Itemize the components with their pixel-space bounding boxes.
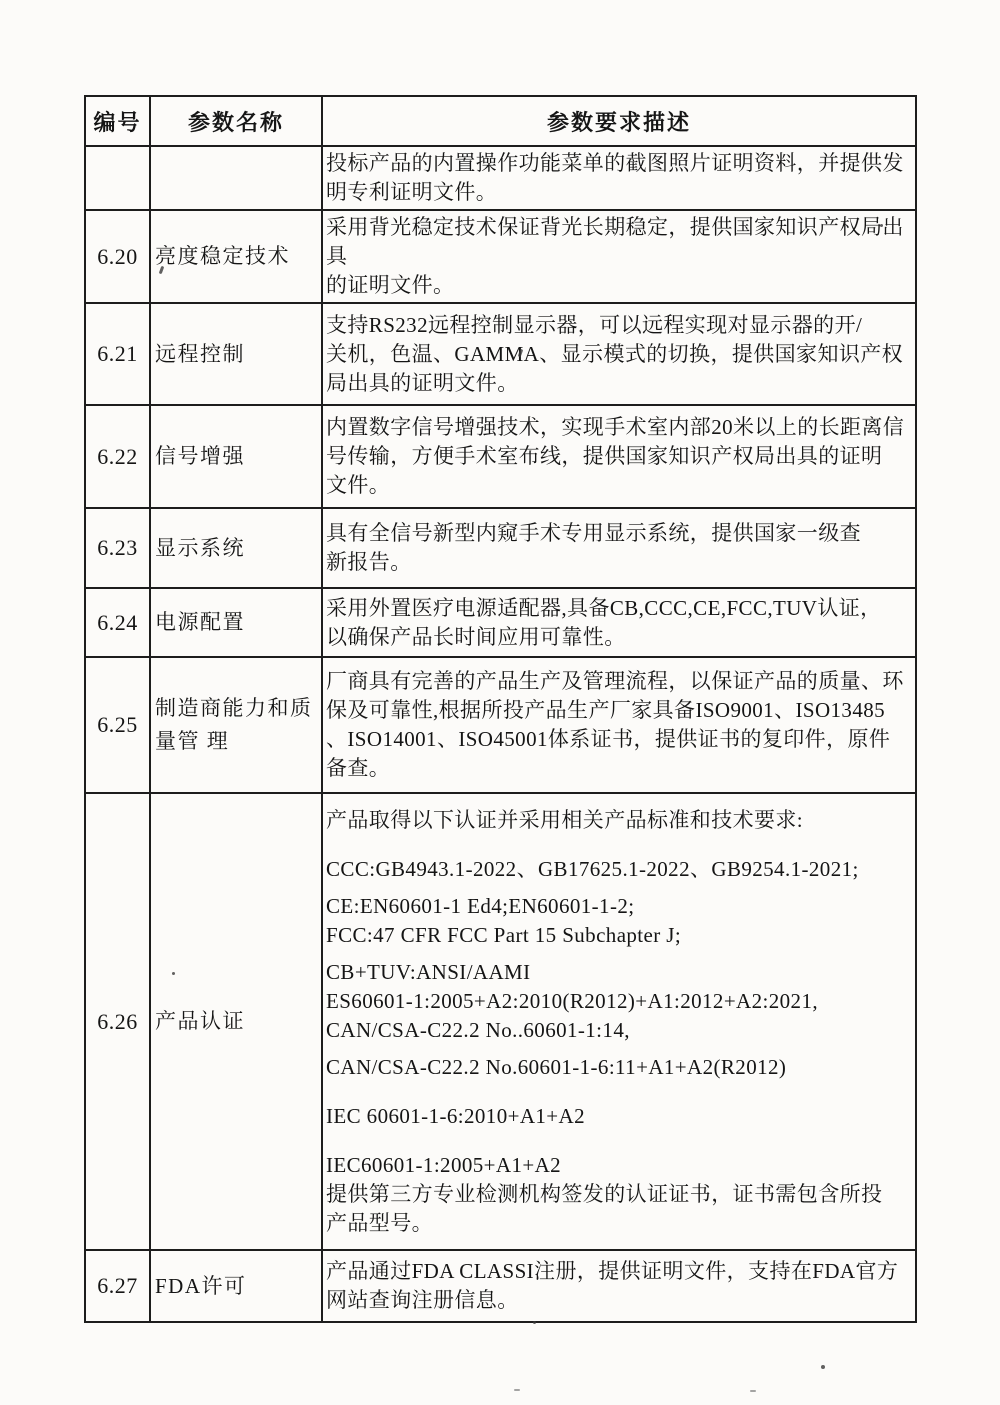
table-row: 投标产品的内置操作功能菜单的截图照片证明资料，并提供发明专利证明文件。 xyxy=(85,146,916,210)
row-desc-cell: 支持RS232远程控制显示器，可以远程实现对显示器的开/关机，色温、GAMMA、… xyxy=(322,303,916,405)
row-id-cell: 6.24 xyxy=(85,588,150,657)
table-row: 6.23显示系统具有全信号新型内窥手术专用显示系统，提供国家一级查新报告。 xyxy=(85,508,916,588)
scan-artifact xyxy=(172,972,175,975)
desc-line: 备查。 xyxy=(326,754,911,783)
row-name-cell: 显示系统 xyxy=(150,508,322,588)
table-row: 6.24电源配置采用外置医疗电源适配器,具备CB,CCC,CE,FCC,TUV认… xyxy=(85,588,916,657)
row-desc-cell: 采用背光稳定技术保证背光长期稳定，提供国家知识产权局出具的证明文件。 xyxy=(322,210,916,303)
row-id-cell: 6.26 xyxy=(85,793,150,1250)
desc-line: IEC60601-1:2005+A1+A2 xyxy=(326,1151,911,1180)
row-name-cell: FDA许可 xyxy=(150,1250,322,1322)
row-desc-cell: 内置数字信号增强技术，实现手术室内部20米以上的长距离信号传输，方便手术室布线，… xyxy=(322,405,916,508)
col-header-name: 参数名称 xyxy=(150,96,322,146)
table-row: 6.21远程控制支持RS232远程控制显示器，可以远程实现对显示器的开/关机，色… xyxy=(85,303,916,405)
scan-artifact xyxy=(821,1365,825,1369)
desc-line: FCC:47 CFR FCC Part 15 Subchapter J; xyxy=(326,921,911,950)
name-line: 产品认证 xyxy=(155,1005,319,1038)
desc-line: 、ISO14001、ISO45001体系证书，提供证书的复印件，原件 xyxy=(326,725,911,754)
desc-line: CAN/CSA-C22.2 No..60601-1:14, xyxy=(326,1016,911,1045)
desc-line: 产品取得以下认证并采用相关产品标准和技术要求: xyxy=(326,806,911,835)
desc-line: 厂商具有完善的产品生产及管理流程，以保证产品的质量、环 xyxy=(326,667,911,696)
row-id-cell xyxy=(85,146,150,210)
desc-line: CAN/CSA-C22.2 No.60601-1-6:11+A1+A2(R201… xyxy=(326,1053,911,1082)
table-row: 6.26产品认证产品取得以下认证并采用相关产品标准和技术要求:CCC:GB494… xyxy=(85,793,916,1250)
scan-artifact xyxy=(880,224,883,227)
desc-line: CCC:GB4943.1-2022、GB17625.1-2022、GB9254.… xyxy=(326,855,911,884)
row-name-cell: 产品认证 xyxy=(150,793,322,1250)
spec-table-body: 投标产品的内置操作功能菜单的截图照片证明资料，并提供发明专利证明文件。6.20亮… xyxy=(85,146,916,1322)
row-id-cell: 6.22 xyxy=(85,405,150,508)
row-name-cell: 制造商能力和质量管 理 xyxy=(150,657,322,793)
desc-line: 号传输，方便手术室布线，提供国家知识产权局出具的证明 xyxy=(326,442,911,471)
desc-line: 以确保产品长时间应用可靠性。 xyxy=(326,623,911,652)
name-line: 制造商能力和质 xyxy=(155,692,319,725)
row-desc-cell: 投标产品的内置操作功能菜单的截图照片证明资料，并提供发明专利证明文件。 xyxy=(322,146,916,210)
table-row: 6.25制造商能力和质量管 理厂商具有完善的产品生产及管理流程，以保证产品的质量… xyxy=(85,657,916,793)
header-row: 编号 参数名称 参数要求描述 xyxy=(85,96,916,146)
desc-line: 提供第三方专业检测机构签发的认证证书，证书需包含所投 xyxy=(326,1180,911,1209)
desc-line: 明专利证明文件。 xyxy=(326,178,911,207)
desc-line: 的证明文件。 xyxy=(326,271,911,300)
desc-line: CE:EN60601-1 Ed4;EN60601-1-2; xyxy=(326,892,911,921)
name-line: 亮度稳定技术 xyxy=(155,240,319,273)
name-line: 电源配置 xyxy=(155,606,319,639)
table-row: 6.22信号增强内置数字信号增强技术，实现手术室内部20米以上的长距离信号传输，… xyxy=(85,405,916,508)
desc-line: ES60601-1:2005+A2:2010(R2012)+A1:2012+A2… xyxy=(326,987,911,1016)
desc-line: 局出具的证明文件。 xyxy=(326,369,911,398)
row-id-cell: 6.20 xyxy=(85,210,150,303)
desc-line: IEC 60601-1-6:2010+A1+A2 xyxy=(326,1102,911,1131)
desc-line: 产品通过FDA CLASSI注册，提供证明文件，支持在FDA官方 xyxy=(326,1257,911,1286)
row-desc-cell: 具有全信号新型内窥手术专用显示系统，提供国家一级查新报告。 xyxy=(322,508,916,588)
desc-line: 关机，色温、GAMMA、显示模式的切换，提供国家知识产权 xyxy=(326,340,911,369)
row-name-cell: 远程控制 xyxy=(150,303,322,405)
name-line: FDA许可 xyxy=(155,1270,319,1303)
desc-line: 内置数字信号增强技术，实现手术室内部20米以上的长距离信 xyxy=(326,413,911,442)
table-row: 6.20亮度稳定技术采用背光稳定技术保证背光长期稳定，提供国家知识产权局出具的证… xyxy=(85,210,916,303)
document-page: 编号 参数名称 参数要求描述 投标产品的内置操作功能菜单的截图照片证明资料，并提… xyxy=(0,0,1000,1405)
spec-table: 编号 参数名称 参数要求描述 投标产品的内置操作功能菜单的截图照片证明资料，并提… xyxy=(84,95,917,1323)
desc-line: 新报告。 xyxy=(326,548,911,577)
desc-line: 投标产品的内置操作功能菜单的截图照片证明资料，并提供发 xyxy=(326,149,911,178)
name-line: 量管 理 xyxy=(155,725,319,758)
desc-line: 保及可靠性,根据所投产品生产厂家具备ISO9001、ISO13485 xyxy=(326,696,911,725)
row-name-cell xyxy=(150,146,322,210)
table-row: 6.27FDA许可产品通过FDA CLASSI注册，提供证明文件，支持在FDA官… xyxy=(85,1250,916,1322)
row-id-cell: 6.27 xyxy=(85,1250,150,1322)
row-desc-cell: 厂商具有完善的产品生产及管理流程，以保证产品的质量、环保及可靠性,根据所投产品生… xyxy=(322,657,916,793)
col-header-id: 编号 xyxy=(85,96,150,146)
row-desc-cell: 产品取得以下认证并采用相关产品标准和技术要求:CCC:GB4943.1-2022… xyxy=(322,793,916,1250)
desc-line: 产品型号。 xyxy=(326,1209,911,1238)
row-name-cell: 信号增强 xyxy=(150,405,322,508)
row-name-cell: 亮度稳定技术 xyxy=(150,210,322,303)
desc-line: 支持RS232远程控制显示器，可以远程实现对显示器的开/ xyxy=(326,311,911,340)
name-line: 显示系统 xyxy=(155,532,319,565)
row-name-cell: 电源配置 xyxy=(150,588,322,657)
row-id-cell: 6.23 xyxy=(85,508,150,588)
scan-artifact xyxy=(750,1390,756,1392)
desc-line: 采用外置医疗电源适配器,具备CB,CCC,CE,FCC,TUV认证， xyxy=(326,594,911,623)
row-id-cell: 6.25 xyxy=(85,657,150,793)
name-line: 远程控制 xyxy=(155,338,319,371)
col-header-desc: 参数要求描述 xyxy=(322,96,916,146)
row-id-cell: 6.21 xyxy=(85,303,150,405)
row-desc-cell: 采用外置医疗电源适配器,具备CB,CCC,CE,FCC,TUV认证，以确保产品长… xyxy=(322,588,916,657)
name-line: 信号增强 xyxy=(155,440,319,473)
desc-line: 文件。 xyxy=(326,471,911,500)
scan-artifact xyxy=(514,1389,520,1391)
scan-artifact xyxy=(533,1321,536,1324)
desc-line: 具有全信号新型内窥手术专用显示系统，提供国家一级查 xyxy=(326,519,911,548)
desc-line: CB+TUV:ANSI/AAMI xyxy=(326,958,911,987)
row-desc-cell: 产品通过FDA CLASSI注册，提供证明文件，支持在FDA官方网站查询注册信息… xyxy=(322,1250,916,1322)
desc-line: 网站查询注册信息。 xyxy=(326,1286,911,1315)
desc-line: 采用背光稳定技术保证背光长期稳定，提供国家知识产权局出具 xyxy=(326,213,911,271)
